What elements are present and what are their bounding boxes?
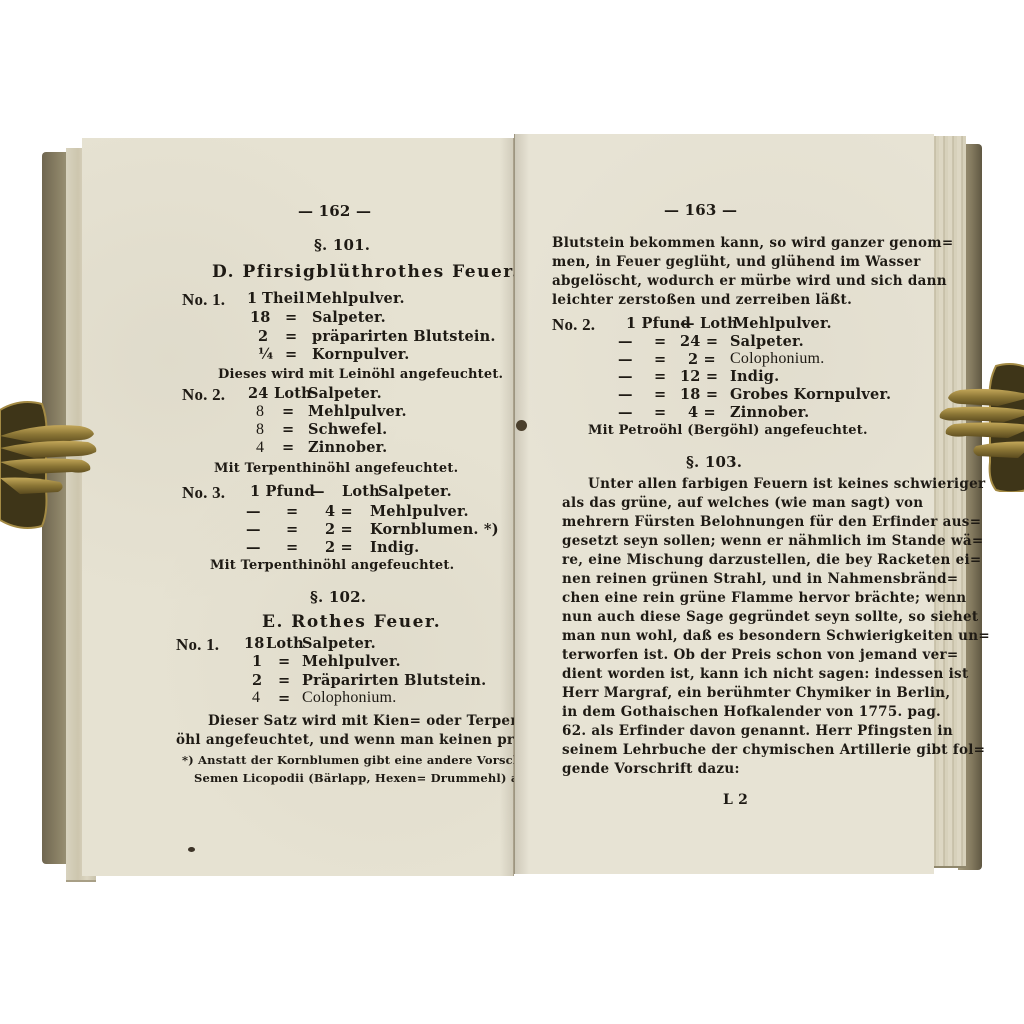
separator: = [286,541,298,556]
loth: 2 = [688,353,716,368]
paragraph-line: men, in Feuer geglüht, und glühend im Wa… [552,256,921,270]
separator: = [654,406,666,421]
ingredient: Mehlpulver. [302,655,401,670]
recipe-label: No. 1. [182,291,225,308]
separator: = [286,523,298,538]
paragraph-line: Blutstein bekommen kann, so wird ganzer … [552,237,953,251]
paragraph-line: terworfen ist. Ob der Preis schon von je… [562,649,959,663]
page-number-163: — 163 — [664,203,737,218]
brass-hand-clip-left-icon [0,400,110,530]
loth: 12 = [680,370,718,385]
recipe-note: Mit Petroöhl (Bergöhl) angefeuchtet. [588,424,868,437]
separator: = [654,335,666,350]
footnote-line: Semen Licopodii (Bärlapp, Hexen= Drummeh… [194,773,531,785]
paragraph-line: nen reinen grünen Strahl, und in Nahmens… [562,573,958,587]
pfund: 1 Pfund [250,485,315,500]
recipe-label: No. 1. [176,636,219,653]
ingredient: Salpeter. [378,485,452,500]
qty: 8 [256,404,264,420]
ingredient: Grobes Kornpulver. [730,388,891,403]
unit: = [285,330,297,345]
section-103-number: §. 103. [686,455,742,470]
unit: Loth [266,637,304,652]
paragraph-line: gende Vorschrift dazu: [562,763,740,777]
separator: = [654,388,666,403]
qty: 18 [250,311,271,326]
ingredient: präparirten Blutstein. [312,330,496,345]
binding-hole [516,420,527,431]
loth: 4 = [688,406,716,421]
signature-mark: L 2 [723,793,748,807]
page-number-162: — 162 — [298,204,371,219]
pfund: — [618,353,633,368]
paragraph-line: als das grüne, auf welches (wie man sagt… [562,497,923,511]
unit: = [282,405,294,420]
recipe-label: No. 3. [182,484,225,501]
unit: = [278,655,290,670]
paragraph-line: Herr Margraf, ein berühmter Chymiker in … [562,687,950,701]
paragraph-line: seinem Lehrbuche der chymischen Artiller… [562,744,985,758]
ingredient: Kornpulver. [312,348,410,363]
paragraph-line: in dem Gothaischen Hofkalender von 1775.… [562,706,941,720]
pfund: — [618,406,633,421]
qty: 2 [258,330,268,345]
loth: 24 = [680,335,718,350]
ingredient: Zinnober. [730,406,809,421]
footnote-line: *) Anstatt der Kornblumen gibt eine ande… [182,755,543,767]
unit: = [282,441,294,456]
qty: 8 [256,422,264,438]
unit: = [285,348,297,363]
recipe-note: Mit Terpenthinöhl angefeuchtet. [214,462,458,475]
pfund: — [246,541,261,556]
section-101-number: §. 101. [314,238,370,253]
ingredient: Colophonium. [730,351,824,367]
pfund: — [618,388,633,403]
section-102-heading: E. Rothes Feuer. [262,614,441,631]
gutter-shadow [500,138,514,876]
section-101-heading: D. Pfirsigblüthrothes Feuer. [212,264,520,281]
qty: 4 [256,440,264,456]
pfund: — [618,370,633,385]
recipe-label: No. 2. [552,316,595,333]
pfund: — [618,335,633,350]
ingredient: Kornblumen. *) [370,523,499,538]
ingredient: Präparirten Blutstein. [302,674,486,689]
unit: Loth [274,387,312,402]
paragraph-line: nun auch diese Sage gegründet seyn sollt… [562,611,978,625]
section-102-number: §. 102. [310,590,366,605]
ink-spot [188,847,195,852]
qty: 24 [248,387,269,402]
paragraph-line: dient worden ist, kann ich nicht sagen: … [562,668,968,682]
ingredient: Salpeter. [302,637,376,652]
unit: = [278,674,290,689]
ingredient: Schwefel. [308,423,387,438]
ingredient: Indig. [370,541,419,556]
qty: 1 [252,655,262,670]
paragraph-line: mehrern Fürsten Belohnungen für den Erfi… [562,516,981,530]
qty: 2 [252,674,262,689]
loth: 18 = [680,388,718,403]
recipe-note: Dieses wird mit Leinöhl angefeuchtet. [218,368,503,381]
ingredient: Zinnober. [308,441,387,456]
separator: = [654,370,666,385]
qty: 4 [252,690,260,706]
ingredient: Salpeter. [312,311,386,326]
loth: Loth [342,485,380,500]
separator: — [680,317,695,332]
paragraph-line: chen eine rein grüne Flamme hervor bräch… [562,592,966,606]
ingredient: Indig. [730,370,779,385]
separator: = [654,353,666,368]
paragraph-line: gesetzt seyn sollen; wenn er nähmlich im… [562,535,984,549]
ingredient: Salpeter. [730,335,804,350]
pfund: — [246,505,261,520]
pfund: — [246,523,261,538]
unit: = [282,423,294,438]
ingredient: Mehlpulver. [308,405,407,420]
recipe-note: Mit Terpenthinöhl angefeuchtet. [210,559,454,572]
unit: = [285,311,297,326]
brass-hand-clip-right-icon [926,362,1024,492]
ingredient: Mehlpulver. [370,505,469,520]
paragraph-line: 62. als Erfinder davon genannt. Herr Pfi… [562,725,953,739]
loth: 2 = [325,541,353,556]
separator: — [310,485,325,500]
loth: 4 = [325,505,353,520]
loth: 2 = [325,523,353,538]
ingredient: Mehlpulver. [306,292,405,307]
qty: 18 [244,637,265,652]
ingredient: Salpeter. [308,387,382,402]
paragraph-line: man nun wohl, daß es besondern Schwierig… [562,630,990,644]
paragraph-line: re, eine Mischung darzustellen, die bey … [562,554,982,568]
qty: 1 [247,292,257,307]
unit: = [278,692,290,707]
ingredient: Mehlpulver. [733,317,832,332]
paragraph-line: leichter zerstoßen und zerreiben läßt. [552,294,852,308]
separator: = [286,505,298,520]
recipe-label: No. 2. [182,386,225,403]
unit: Theil [262,292,305,307]
qty: ¼ [258,348,273,363]
ingredient: Colophonium. [302,690,396,706]
paragraph-line: abgelöscht, wodurch er mürbe wird und si… [552,275,947,289]
